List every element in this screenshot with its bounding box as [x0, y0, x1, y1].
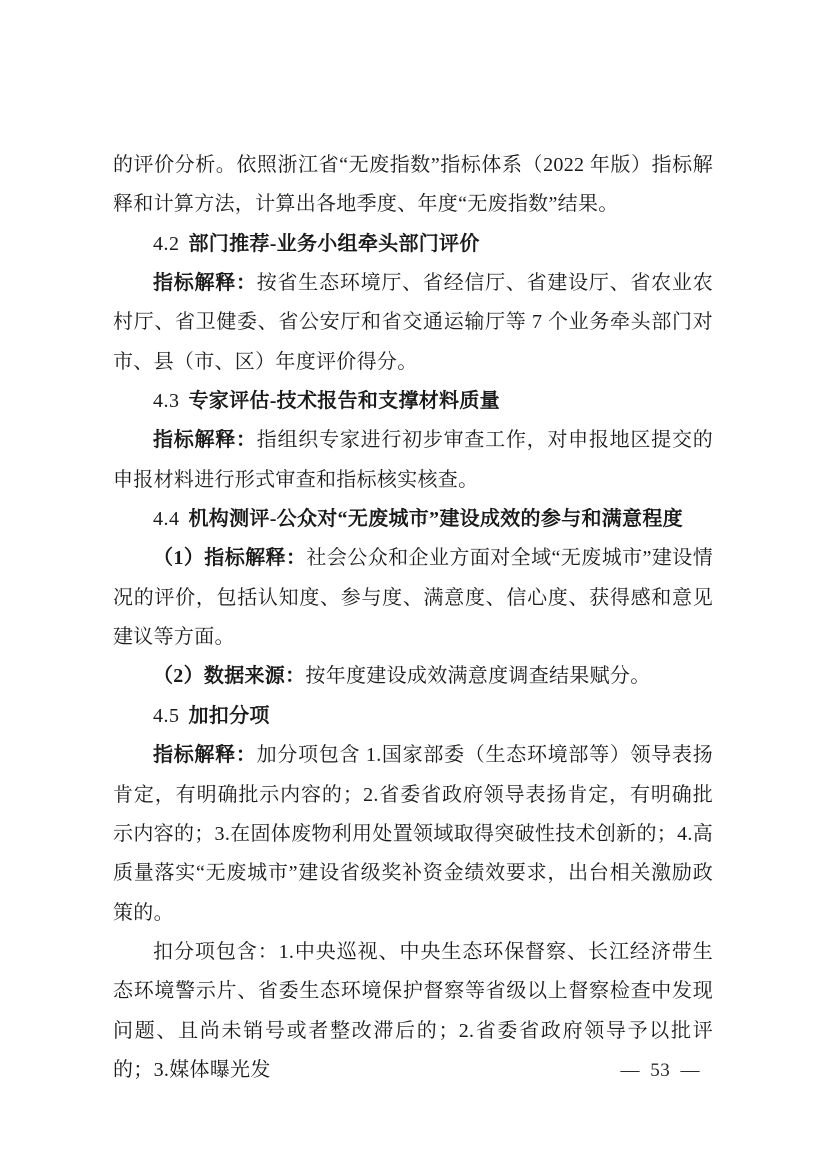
section-number: 4.5	[153, 705, 180, 727]
section-heading-4-5: 4.5加扣分项	[113, 697, 713, 736]
paragraph-indicator-4-2: 指标解释：按省生态环境厅、省经信厅、省建设厅、省农业农村厅、省卫健委、省公安厅和…	[113, 264, 713, 382]
indicator-label: 指标解释：	[153, 272, 257, 294]
section-title: 加扣分项	[189, 705, 270, 727]
paragraph-indicator-4-3: 指标解释：指组织专家进行初步审查工作，对申报地区提交的申报材料进行形式审查和指标…	[113, 421, 713, 500]
indicator-label: 指标解释：	[153, 429, 257, 451]
section-heading-4-2: 4.2部门推荐-业务小组牵头部门评价	[113, 225, 713, 264]
paragraph-text: 加分项包含 1.国家部委（生态环境部等）领导表扬肯定，有明确批示内容的；2.省委…	[113, 744, 713, 923]
indicator-label: （2）数据来源：	[153, 665, 305, 687]
paragraph-text: 按年度建设成效满意度调查结果赋分。	[305, 665, 650, 687]
paragraph-indicator-4-5: 指标解释：加分项包含 1.国家部委（生态环境部等）领导表扬肯定，有明确批示内容的…	[113, 736, 713, 933]
section-title: 部门推荐-业务小组牵头部门评价	[189, 233, 480, 255]
page-number: — 53 —	[621, 1059, 701, 1083]
section-heading-4-3: 4.3专家评估-技术报告和支撑材料质量	[113, 382, 713, 421]
section-number: 4.3	[153, 390, 180, 412]
section-title: 机构测评-公众对“无废城市”建设成效的参与和满意程度	[189, 508, 683, 530]
page-body-text: 的评价分析。依照浙江省“无废指数”指标体系（2022 年版）指标解释和计算方法，…	[113, 146, 713, 1090]
section-heading-4-4: 4.4机构测评-公众对“无废城市”建设成效的参与和满意程度	[113, 500, 713, 539]
section-title: 专家评估-技术报告和支撑材料质量	[189, 390, 500, 412]
section-number: 4.4	[153, 508, 180, 530]
indicator-label: 指标解释：	[153, 744, 257, 766]
indicator-label: （1）指标解释：	[153, 547, 306, 569]
paragraph-indicator-4-4-1: （1）指标解释：社会公众和企业方面对全域“无废城市”建设情况的评价，包括认知度、…	[113, 539, 713, 657]
document-page: 的评价分析。依照浙江省“无废指数”指标体系（2022 年版）指标解释和计算方法，…	[0, 0, 826, 1169]
paragraph-continuation: 的评价分析。依照浙江省“无废指数”指标体系（2022 年版）指标解释和计算方法，…	[113, 146, 713, 225]
section-number: 4.2	[153, 233, 180, 255]
paragraph-indicator-4-4-2: （2）数据来源：按年度建设成效满意度调查结果赋分。	[113, 657, 713, 696]
